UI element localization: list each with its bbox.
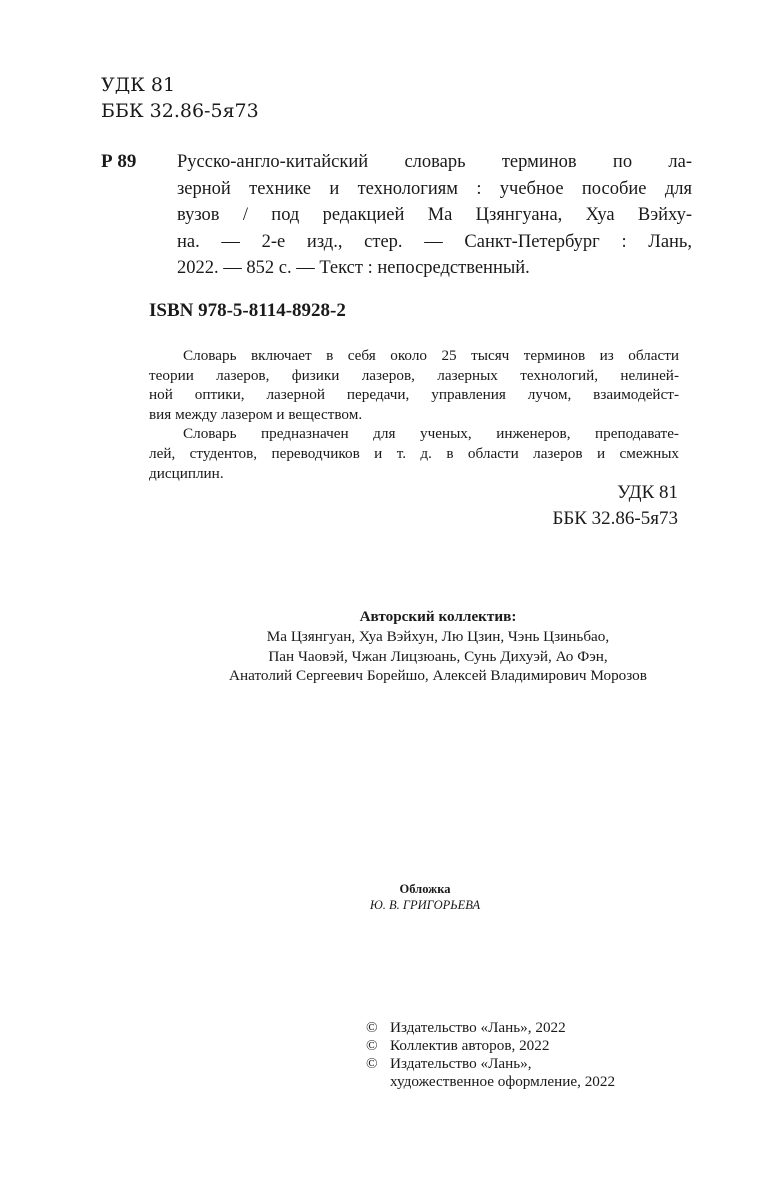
copyright-text: Издательство «Лань», [390, 1055, 532, 1073]
copyright-entry: © Издательство «Лань», 2022 [366, 1019, 615, 1037]
copyright-icon: © [366, 1037, 390, 1055]
copyright-entry: © Коллектив авторов, 2022 [366, 1037, 615, 1055]
udk-code: УДК 81 [440, 480, 678, 506]
cover-heading: Обложка [300, 882, 550, 898]
copyright-text: Коллектив авторов, 2022 [390, 1037, 549, 1055]
classification-bottom: УДК 81 ББК 32.86-5я73 [440, 480, 678, 532]
bbk-code: ББК 32.86-5я73 [101, 98, 259, 124]
copyright-icon: © [366, 1019, 390, 1037]
copyright-block: © Издательство «Лань», 2022 © Коллектив … [366, 1019, 615, 1091]
copyright-icon: © [366, 1055, 390, 1073]
biblio-line: Русско-англо-китайский словарь терминов … [177, 149, 692, 176]
copyright-text: Издательство «Лань», 2022 [390, 1019, 566, 1037]
classification-top: УДК 81 ББК 32.86-5я73 [101, 72, 259, 124]
author-sign: Р 89 [101, 149, 136, 175]
annotation-line: теории лазеров, физики лазеров, лазерных… [149, 366, 679, 386]
author-collective: Авторский коллектив: Ма Цзянгуан, Хуа Вэ… [100, 607, 768, 686]
annotation-line: Словарь включает в себя около 25 тысяч т… [149, 346, 679, 366]
authors-line: Анатолий Сергеевич Борейшо, Алексей Влад… [100, 666, 768, 686]
annotation-line: вия между лазером и веществом. [149, 405, 679, 425]
biblio-line: зерной технике и технологиям : учебное п… [177, 176, 692, 203]
isbn: ISBN 978-5-8114-8928-2 [149, 300, 346, 322]
annotation-line: лей, студентов, переводчиков и т. д. в о… [149, 444, 679, 464]
bibliographic-record: Русско-англо-китайский словарь терминов … [177, 149, 692, 282]
copyright-text: художественное оформление, 2022 [390, 1073, 615, 1091]
authors-line: Пан Чаовэй, Чжан Лицзюань, Сунь Дихуэй, … [100, 647, 768, 667]
annotation: Словарь включает в себя около 25 тысяч т… [149, 346, 679, 483]
annotation-line: ной оптики, лазерной передачи, управлени… [149, 385, 679, 405]
authors-heading: Авторский коллектив: [100, 607, 768, 627]
cover-designer: Ю. В. ГРИГОРЬЕВА [300, 898, 550, 914]
biblio-line: на. — 2-е изд., стер. — Санкт-Петербург … [177, 229, 692, 256]
udk-code: УДК 81 [101, 72, 259, 98]
copyright-entry: © Издательство «Лань», [366, 1055, 615, 1073]
authors-line: Ма Цзянгуан, Хуа Вэйхун, Лю Цзин, Чэнь Ц… [100, 627, 768, 647]
biblio-line: 2022. — 852 с. — Текст : непосредственны… [177, 255, 692, 282]
biblio-line: вузов / под редакцией Ма Цзянгуана, Хуа … [177, 202, 692, 229]
cover-credit: Обложка Ю. В. ГРИГОРЬЕВА [300, 882, 550, 913]
copyright-continuation: художественное оформление, 2022 [366, 1073, 615, 1091]
annotation-line: Словарь предназначен для ученых, инженер… [149, 424, 679, 444]
bbk-code: ББК 32.86-5я73 [440, 506, 678, 532]
